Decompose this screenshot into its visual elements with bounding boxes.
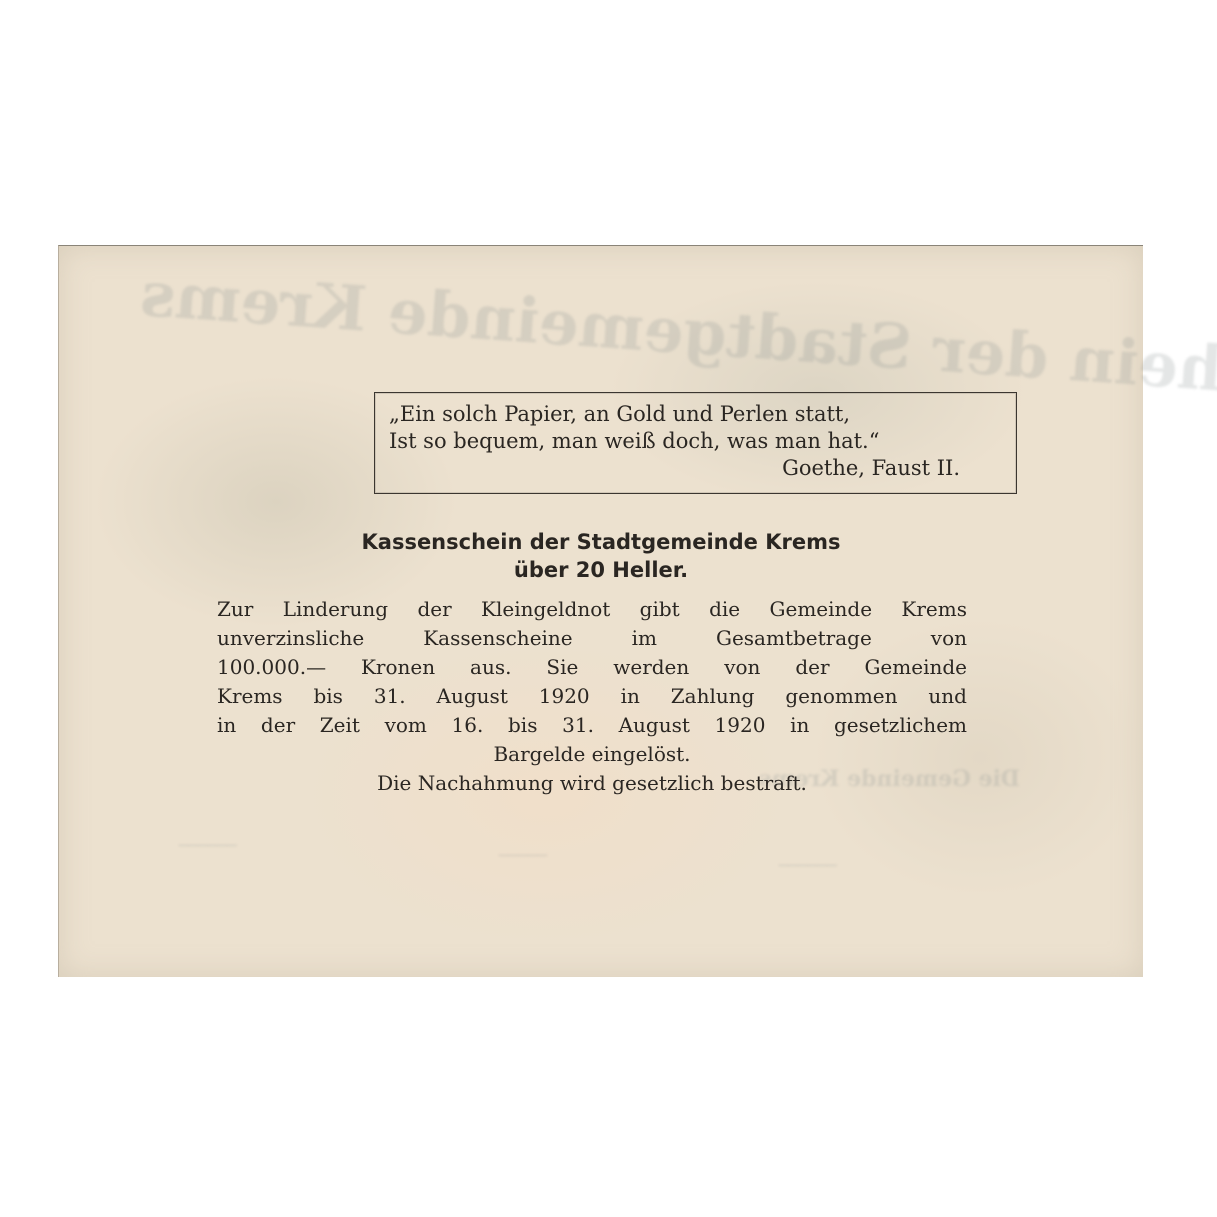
bleed-through-signature-left: ────── (179, 836, 237, 855)
body-line-4: Krems bis 31. August 1920 in Zahlung gen… (217, 682, 967, 711)
bleed-through-signature-center: ───── (499, 846, 547, 865)
quote-attribution: Goethe, Faust II. (375, 455, 1016, 482)
banknote-reverse: Kassenschein der Stadtgemeinde Krems Die… (58, 245, 1143, 977)
body-line-5: in der Zeit vom 16. bis 31. August 1920 … (217, 711, 967, 740)
note-body: Zur Linderung der Kleingeldnot gibt die … (217, 595, 967, 798)
body-line-2: unverzinsliche Kassenscheine im Gesamtbe… (217, 624, 967, 653)
body-line-1: Zur Linderung der Kleingeldnot gibt die … (217, 595, 967, 624)
bleed-through-signature-right: ────── (779, 856, 837, 875)
note-denomination: über 20 Heller. (199, 557, 1003, 583)
goethe-quote-box: „Ein solch Papier, an Gold und Perlen st… (374, 392, 1017, 494)
body-line-3: 100.000.— Kronen aus. Sie werden von der… (217, 653, 967, 682)
body-line-6: Bargelde eingelöst. (217, 740, 967, 769)
counterfeit-warning: Die Nachahmung wird gesetzlich bestraft. (217, 769, 967, 798)
note-heading: Kassenschein der Stadtgemeinde Krems (199, 529, 1003, 555)
quote-line-1: „Ein solch Papier, an Gold und Perlen st… (375, 401, 1016, 428)
quote-line-2: Ist so bequem, man weiß doch, was man ha… (375, 428, 1016, 455)
